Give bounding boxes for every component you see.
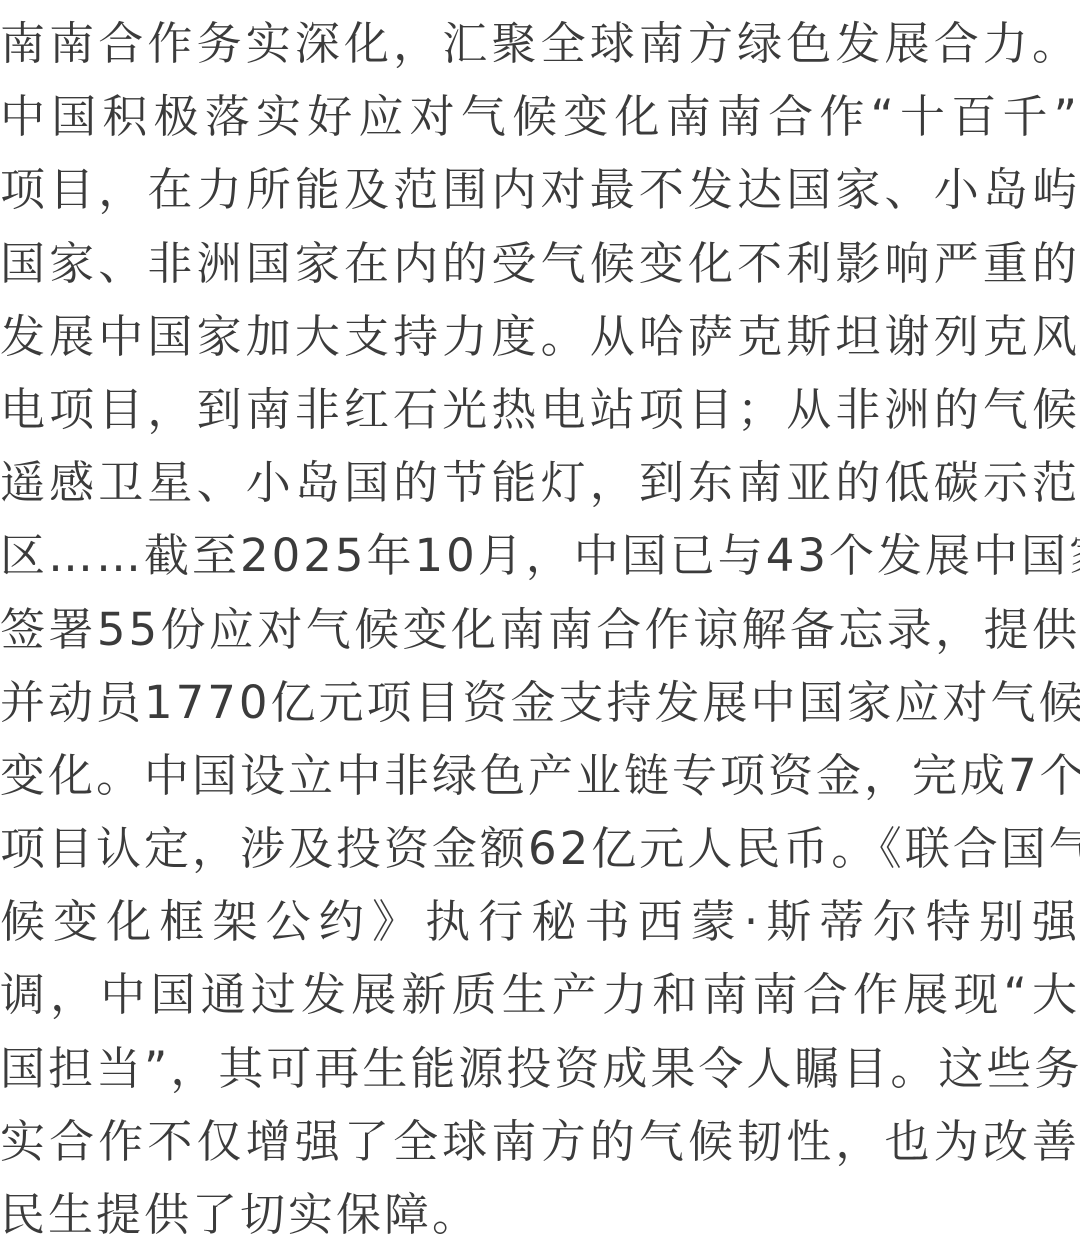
paragraph-line: 中国积极落实好应对气候变化南南合作“十百千”	[0, 80, 1080, 153]
paragraph-line: 国家、非洲国家在内的受气候变化不利影响严重的	[0, 227, 1080, 300]
paragraph-line: 项目，在力所能及范围内对最不发达国家、小岛屿	[0, 153, 1080, 226]
paragraph-line: 南南合作务实深化，汇聚全球南方绿色发展合力。	[0, 7, 1080, 80]
paragraph-line: 变化。中国设立中非绿色产业链专项资金，完成7个	[0, 739, 1080, 812]
paragraph-line: 候变化框架公约》执行秘书西蒙·斯蒂尔特别强	[0, 885, 1080, 958]
paragraph-line: 国担当”，其可再生能源投资成果令人瞩目。这些务	[0, 1032, 1080, 1105]
paragraph-line: 签署55份应对气候变化南南合作谅解备忘录，提供	[0, 593, 1080, 666]
article-body: 南南合作务实深化，汇聚全球南方绿色发展合力。 中国积极落实好应对气候变化南南合作…	[0, 7, 1080, 1247]
paragraph-line: 民生提供了切实保障。	[0, 1178, 1080, 1247]
paragraph-line: 遥感卫星、小岛国的节能灯，到东南亚的低碳示范	[0, 446, 1080, 519]
paragraph-line: 并动员1770亿元项目资金支持发展中国家应对气候	[0, 666, 1080, 739]
paragraph-line: 调，中国通过发展新质生产力和南南合作展现“大	[0, 958, 1080, 1031]
paragraph-line: 项目认定，涉及投资金额62亿元人民币。《联合国气	[0, 812, 1080, 885]
paragraph-line: 实合作不仅增强了全球南方的气候韧性，也为改善	[0, 1105, 1080, 1178]
paragraph-line: 发展中国家加大支持力度。从哈萨克斯坦谢列克风	[0, 300, 1080, 373]
paragraph-line: 区……截至2025年10月，中国已与43个发展中国家	[0, 519, 1080, 592]
paragraph-line: 电项目，到南非红石光热电站项目；从非洲的气候	[0, 373, 1080, 446]
